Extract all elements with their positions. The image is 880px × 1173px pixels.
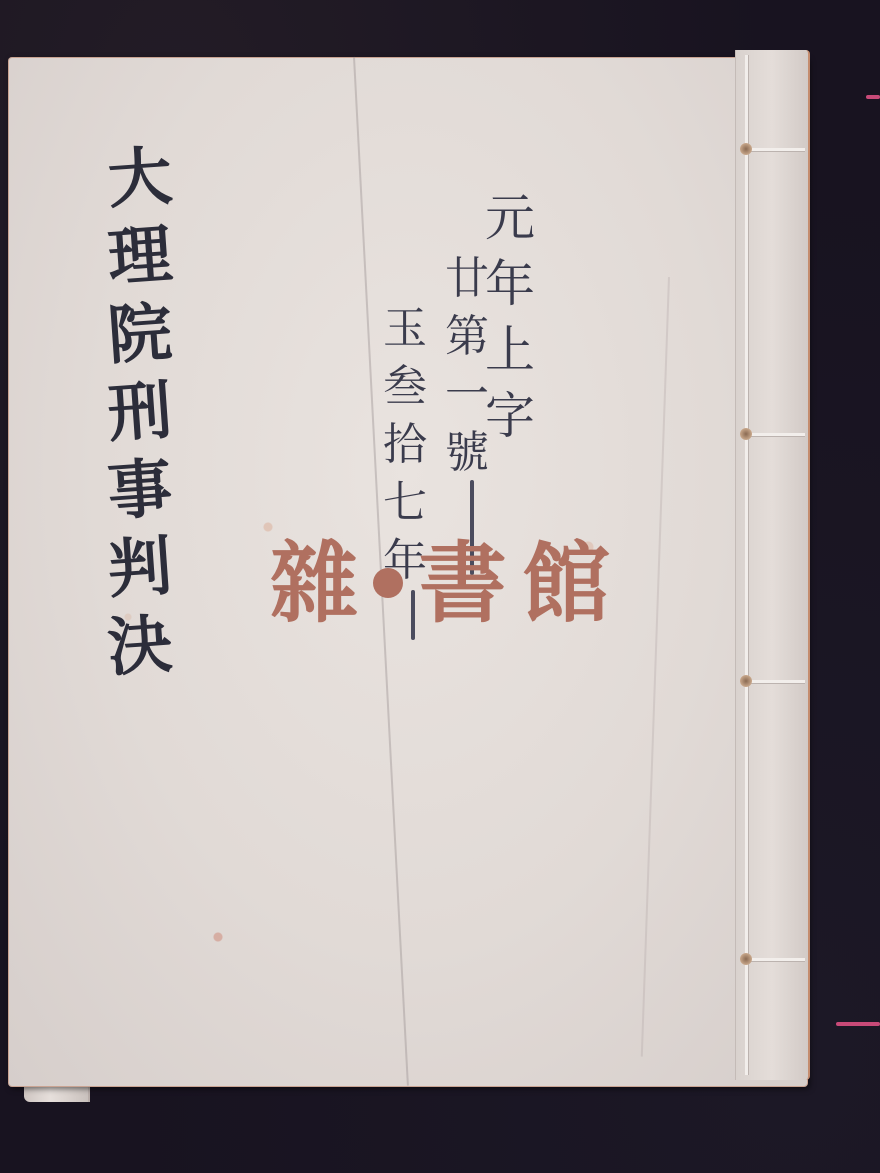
- watermark-char: 館: [522, 539, 610, 627]
- title-char: 理: [105, 216, 174, 298]
- title-char: 刑: [105, 372, 174, 454]
- annotation-char: 號: [445, 424, 489, 482]
- binding-knot: [740, 953, 752, 965]
- annotation-char: 一: [445, 366, 489, 424]
- title-char: 判: [105, 528, 174, 610]
- watermark-dot: [373, 568, 403, 598]
- binding-knot: [740, 675, 752, 687]
- title-char: 大: [105, 138, 174, 220]
- binding-thread: [745, 55, 748, 1075]
- annotation-char: 玉: [383, 300, 427, 358]
- binding-stitch: [745, 680, 805, 683]
- title-char: 院: [105, 294, 174, 376]
- binding-knot: [740, 428, 752, 440]
- title-char: 決: [105, 606, 174, 688]
- edge-marker: [866, 95, 880, 99]
- paper-crease: [641, 277, 670, 1057]
- title-char: 事: [105, 450, 174, 532]
- binding-stitch: [745, 148, 805, 151]
- binding-stitch: [745, 433, 805, 436]
- annotation-char: 字: [485, 383, 535, 449]
- watermark-char: 雜: [270, 539, 358, 627]
- annotation-char: 第: [445, 308, 489, 366]
- watermark-char: 書: [419, 539, 507, 627]
- annotation-char: 叁: [383, 358, 427, 416]
- edge-marker: [836, 1022, 880, 1026]
- annotation-char: 年: [485, 251, 535, 317]
- annotation-char: 上: [485, 317, 535, 383]
- annotation-year-column: 元 年 上 字: [485, 185, 535, 449]
- annotation-char: 拾: [383, 416, 427, 474]
- watermark: 雜 書 館: [270, 528, 610, 638]
- annotation-char: 元: [485, 185, 535, 251]
- annotation-char: 廿: [445, 250, 489, 308]
- annotation-number-column: 廿 第 一 號: [445, 250, 489, 482]
- annotation-char: 七: [383, 474, 427, 532]
- binding-knot: [740, 143, 752, 155]
- binding-stitch: [745, 958, 805, 961]
- cover-title: 大 理 院 刑 事 判 決: [95, 140, 185, 686]
